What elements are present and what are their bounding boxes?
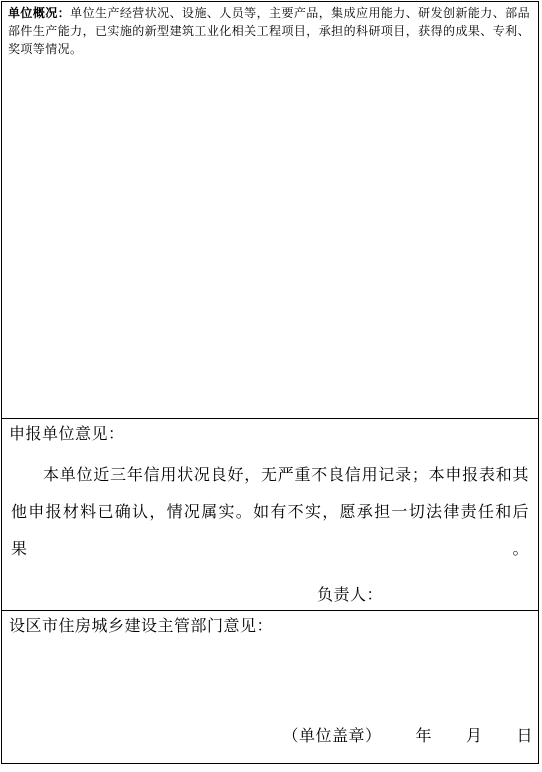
month-label: 月 <box>466 726 483 748</box>
section-unit-overview: 单位概况：单位生产经营状况、设施、人员等，主要产品，集成应用能力、研发创新能力、… <box>2 2 538 419</box>
authority-opinion-title: 设区市住房城乡建设主管部门意见： <box>2 615 538 639</box>
unit-overview-paragraph: 单位概况：单位生产经营状况、设施、人员等，主要产品，集成应用能力、研发创新能力、… <box>8 4 530 58</box>
unit-overview-label: 单位概况： <box>8 6 70 20</box>
section-applicant-opinion: 申报单位意见： 本单位近三年信用状况良好，无严重不良信用记录；本申报表和其他申报… <box>2 419 538 611</box>
unit-overview-text: 单位生产经营状况、设施、人员等，主要产品，集成应用能力、研发创新能力、部品部件生… <box>8 6 530 56</box>
responsible-person-label: 负责人： <box>2 585 538 607</box>
application-form-table: 单位概况：单位生产经营状况、设施、人员等，主要产品，集成应用能力、研发创新能力、… <box>1 1 539 764</box>
day-label: 日 <box>516 726 533 748</box>
authority-stamp-date-line: （单位盖章） 年 月 日 <box>2 726 538 748</box>
credit-pledge-statement: 本单位近三年信用状况良好，无严重不良信用记录；本申报表和其他申报材料已确认，情况… <box>2 457 538 568</box>
year-label: 年 <box>415 726 432 748</box>
section-authority-opinion: 设区市住房城乡建设主管部门意见： （单位盖章） 年 月 日 <box>2 611 538 763</box>
unit-seal-label: （单位盖章） <box>282 726 381 748</box>
applicant-opinion-title: 申报单位意见： <box>2 424 538 446</box>
